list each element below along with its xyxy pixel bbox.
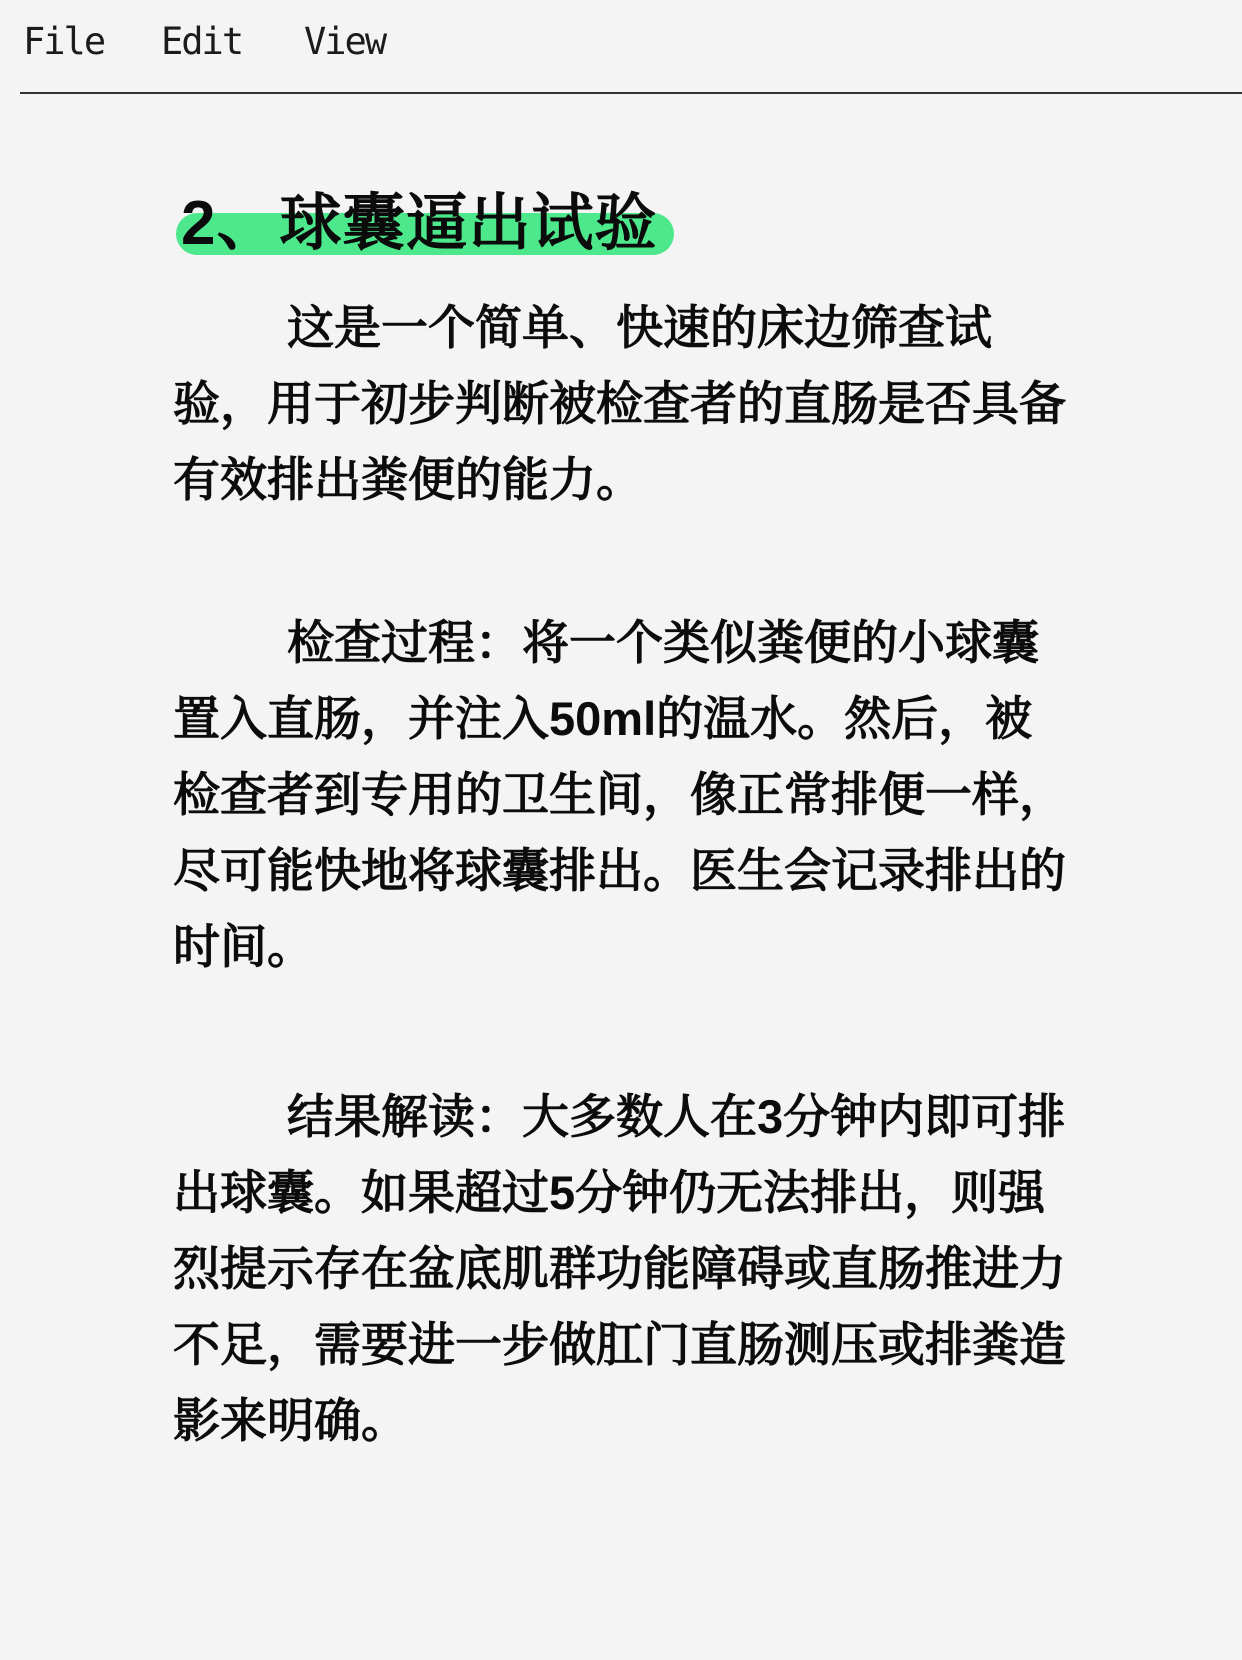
page-title: 2、球囊逼出试验 — [181, 188, 657, 260]
menu-item-edit[interactable]: Edit — [161, 20, 242, 63]
text-line: 验，用于初步判断被检查者的直肠是否具备 — [173, 366, 1113, 442]
paragraph-interpretation: 结果解读：大多数人在3分钟内即可排 出球囊。如果超过5分钟仍无法排出，则强 烈提… — [173, 1079, 1113, 1459]
text-line: 影来明确。 — [173, 1383, 1113, 1459]
document-heading: 2、球囊逼出试验 — [176, 188, 652, 268]
paragraph-intro: 这是一个简单、快速的床边筛查试 验，用于初步判断被检查者的直肠是否具备 有效排出… — [173, 290, 1113, 518]
text-line: 结果解读：大多数人在3分钟内即可排 — [173, 1079, 1113, 1155]
text-line: 尽可能快地将球囊排出。医生会记录排出的 — [173, 833, 1113, 909]
menubar-divider — [20, 92, 1242, 94]
text-line: 烈提示存在盆底肌群功能障碍或直肠推进力 — [173, 1231, 1113, 1307]
text-line: 检查者到专用的卫生间，像正常排便一样， — [173, 757, 1113, 833]
menu-item-file[interactable]: File — [23, 20, 104, 63]
text-line: 置入直肠，并注入50ml的温水。然后，被 — [173, 681, 1113, 757]
app-window: { "menu": { "items": [ { "label": "File"… — [0, 0, 1242, 1660]
text-line: 出球囊。如果超过5分钟仍无法排出，则强 — [173, 1155, 1113, 1231]
text-line: 这是一个简单、快速的床边筛查试 — [173, 290, 1113, 366]
menu-bar: File Edit View — [0, 0, 1242, 92]
text-line: 不足，需要进一步做肛门直肠测压或排粪造 — [173, 1307, 1113, 1383]
text-line: 时间。 — [173, 909, 1113, 985]
menu-item-view[interactable]: View — [304, 20, 385, 63]
text-line: 有效排出粪便的能力。 — [173, 442, 1113, 518]
text-line: 检查过程：将一个类似粪便的小球囊 — [173, 605, 1113, 681]
paragraph-procedure: 检查过程：将一个类似粪便的小球囊 置入直肠，并注入50ml的温水。然后，被 检查… — [173, 605, 1113, 985]
